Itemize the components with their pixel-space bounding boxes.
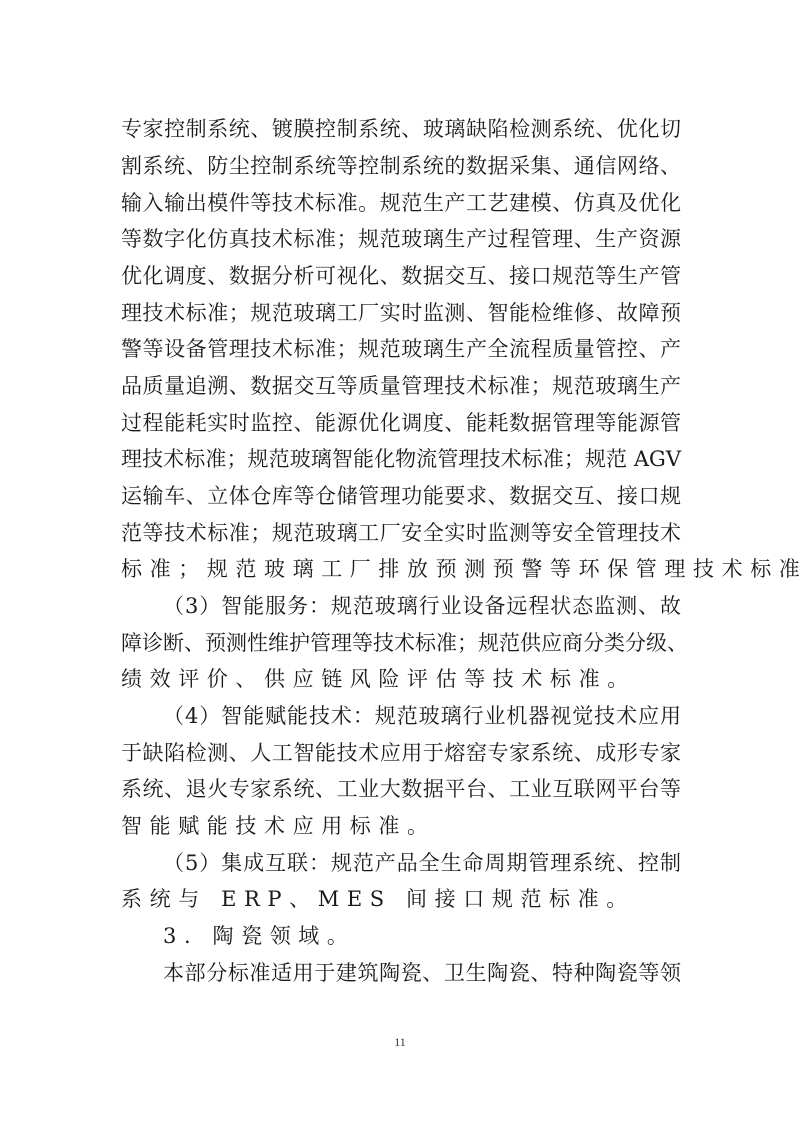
text-line-10: 理技术标准；规范玻璃智能化物流管理技术标准；规范 AGV — [121, 444, 681, 474]
text-line-2: 割系统、防尘控制系统等控制系统的数据采集、通信网络、 — [121, 151, 681, 181]
text-line-7: 警等设备管理技术标准；规范玻璃生产全流程质量管控、产 — [121, 334, 681, 364]
text-line-18: 于缺陷检测、人工智能技术应用于熔窑专家系统、成形专家 — [121, 738, 681, 768]
text-line-1: 专家控制系统、镀膜控制系统、玻璃缺陷检测系统、优化切 — [121, 114, 681, 144]
text-line-22: 系统与 ERP、MES 间接口规范标准。 — [121, 884, 681, 914]
paragraph-3-heading-line: （3）智能服务：规范玻璃行业设备远程状态监测、故 — [163, 591, 681, 621]
page-number: 11 — [0, 1035, 800, 1050]
text-line-6: 理技术标准；规范玻璃工厂实时监测、智能检维修、故障预 — [121, 298, 681, 328]
text-line-12: 范等技术标准；规范玻璃工厂安全实时监测等安全管理技术 — [121, 518, 681, 548]
paragraph-4-heading-line: （4）智能赋能技术：规范玻璃行业机器视觉技术应用 — [163, 701, 681, 731]
text-line-5: 优化调度、数据分析可视化、数据交互、接口规范等生产管 — [121, 261, 681, 291]
text-line-20: 智能赋能技术应用标准。 — [121, 811, 681, 841]
text-line-13: 标准；规范玻璃工厂排放预测预警等环保管理技术标准。 — [121, 554, 681, 584]
text-line-4: 等数字化仿真技术标准；规范玻璃生产过程管理、生产资源 — [121, 224, 681, 254]
text-line-16: 绩效评价、供应链风险评估等技术标准。 — [121, 664, 681, 694]
text-line-24: 本部分标准适用于建筑陶瓷、卫生陶瓷、特种陶瓷等领 — [163, 958, 681, 988]
text-line-15: 障诊断、预测性维护管理等技术标准；规范供应商分类分级、 — [121, 628, 681, 658]
text-line-8: 品质量追溯、数据交互等质量管理技术标准；规范玻璃生产 — [121, 371, 681, 401]
document-page: 专家控制系统、镀膜控制系统、玻璃缺陷检测系统、优化切 割系统、防尘控制系统等控制… — [0, 0, 800, 1131]
text-line-11: 运输车、立体仓库等仓储管理功能要求、数据交互、接口规 — [121, 481, 681, 511]
text-line-3: 输入输出模件等技术标准。规范生产工艺建模、仿真及优化 — [121, 188, 681, 218]
paragraph-5-heading-line: （5）集成互联：规范产品全生命周期管理系统、控制 — [163, 848, 681, 878]
section-heading-ceramics: 3. 陶瓷领域。 — [163, 921, 681, 951]
text-line-9: 过程能耗实时监控、能源优化调度、能耗数据管理等能源管 — [121, 408, 681, 438]
text-line-19: 系统、退火专家系统、工业大数据平台、工业互联网平台等 — [121, 774, 681, 804]
